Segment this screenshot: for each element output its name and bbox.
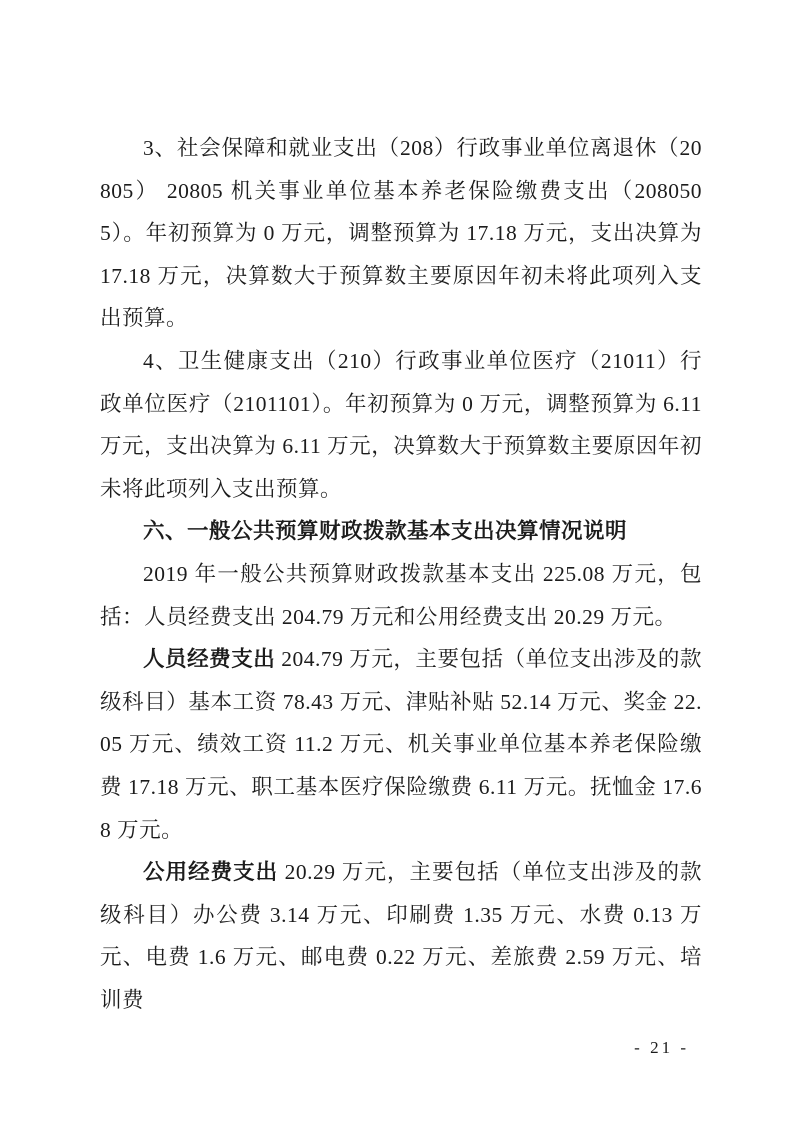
document-page: 3、社会保障和就业支出（208）行政事业单位离退休（20805） 20805 机… xyxy=(0,0,793,1122)
page-content: 3、社会保障和就业支出（208）行政事业单位离退休（20805） 20805 机… xyxy=(100,127,702,1021)
page-number: - 21 - xyxy=(634,1038,689,1058)
paragraph-public-expense: 公用经费支出 20.29 万元，主要包括（单位支出涉及的款级科目）办公费 3.1… xyxy=(100,851,702,1021)
paragraph-social-security-expenditure: 3、社会保障和就业支出（208）行政事业单位离退休（20805） 20805 机… xyxy=(100,127,702,340)
paragraph-personnel-expense: 人员经费支出 204.79 万元，主要包括（单位支出涉及的款级科目）基本工资 7… xyxy=(100,638,702,851)
section-heading-basic-expenditure: 六、一般公共预算财政拨款基本支出决算情况说明 xyxy=(100,510,702,553)
paragraph-health-expenditure: 4、卫生健康支出（210）行政事业单位医疗（21011）行政单位医疗（21011… xyxy=(100,340,702,510)
personnel-expense-detail: 204.79 万元，主要包括（单位支出涉及的款级科目）基本工资 78.43 万元… xyxy=(100,647,702,841)
paragraph-basic-expenditure-total: 2019 年一般公共预算财政拨款基本支出 225.08 万元，包括：人员经费支出… xyxy=(100,553,702,638)
public-expense-lead: 公用经费支出 xyxy=(143,860,278,884)
personnel-expense-lead: 人员经费支出 xyxy=(143,647,275,671)
